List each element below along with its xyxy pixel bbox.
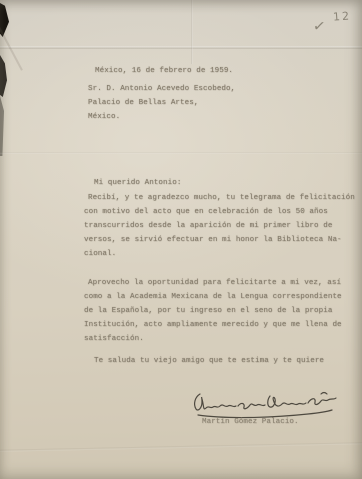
body-line: transcurridos desde la aparición de mi p…	[84, 219, 332, 233]
pencil-page-number: 12	[333, 9, 352, 23]
body-line: como a la Academia Mexicana de la Lengua…	[84, 290, 342, 304]
scanned-letter-page: ✓ 12 México, 16 de febrero de 1959. Sr. …	[0, 0, 362, 479]
body-line: Aprovecho la oportunidad para felicitart…	[88, 276, 341, 290]
body-line: versos, se sirvió efectuar en mi honor l…	[84, 233, 342, 247]
recipient-name: Sr. D. Antonio Acevedo Escobedo,	[88, 82, 235, 96]
torn-edge-mark	[0, 96, 4, 156]
recipient-city: México.	[88, 110, 120, 124]
recipient-address: Palacio de Bellas Artes,	[88, 96, 198, 110]
body-line: Institución, acto ampliamente merecido y…	[84, 318, 342, 332]
fold-crease	[0, 442, 362, 452]
date-line: México, 16 de febrero de 1959.	[95, 64, 233, 78]
body-line: Recibí, y te agradezco mucho, tu telegra…	[88, 191, 355, 205]
fold-crease	[0, 152, 362, 154]
signer-name: Martín Gómez Palacio.	[202, 415, 299, 429]
fold-crease	[0, 46, 362, 49]
body-line: cional.	[84, 247, 116, 261]
body-line: con motivo del acto que en celebración d…	[84, 205, 328, 219]
closing-line: Te saluda tu viejo amigo que te estima y…	[94, 354, 324, 368]
pencil-check-mark: ✓	[312, 16, 327, 36]
body-line: de la Española, por tu ingreso en el sen…	[84, 304, 332, 318]
torn-edge-mark	[0, 3, 9, 37]
salutation: Mi querido Antonio:	[94, 176, 181, 190]
fold-crease	[191, 0, 193, 64]
body-line: satisfacción.	[84, 332, 144, 346]
torn-edge-mark	[0, 55, 7, 97]
